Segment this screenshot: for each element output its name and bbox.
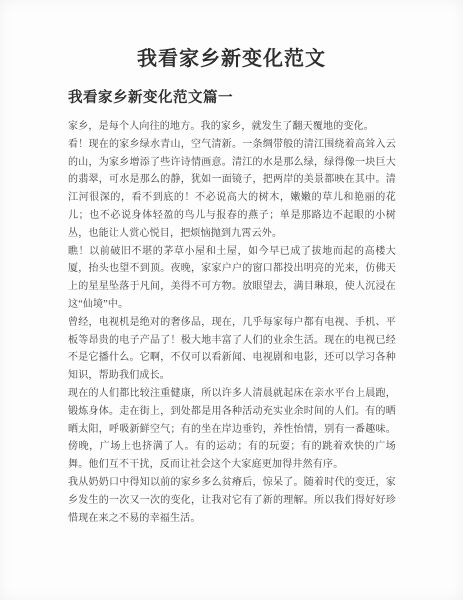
paragraph-5: 现在的人们都比较注重健康，所以许多人清晨就起床在亲水平台上晨跑，锻炼身体。走在街… [68, 385, 396, 474]
section-heading: 我看家乡新变化范文篇一 [68, 88, 396, 108]
paragraph-4: 曾经，电视机是绝对的奢侈品，现在，几乎每家每户都有电视、手机、平板等昂贵的电子产… [68, 314, 396, 385]
document-page: 我看家乡新变化范文 我看家乡新变化范文篇一 家乡，是每个人向往的地方。我的家乡，… [0, 0, 463, 600]
document-title: 我看家乡新变化范文 [0, 44, 463, 74]
paragraph-3: 瞧！以前破旧不堪的茅草小屋和土屋，如今早已成了拔地而起的高楼大厦，抬头也望不到顶… [68, 243, 396, 314]
paragraph-1: 家乡，是每个人向往的地方。我的家乡，就发生了翻天覆地的变化。 [68, 118, 396, 136]
paragraph-2: 看！现在的家乡绿水青山，空气清新。一条绸带般的清江围绕着高耸入云的山，为家乡增添… [68, 136, 396, 243]
paragraph-6: 我从奶奶口中得知以前的家乡多么贫瘠后，惊呆了。随着时代的变迁，家乡发生的一次又一… [68, 474, 396, 527]
document-body: 家乡，是每个人向往的地方。我的家乡，就发生了翻天覆地的变化。 看！现在的家乡绿水… [68, 118, 396, 527]
